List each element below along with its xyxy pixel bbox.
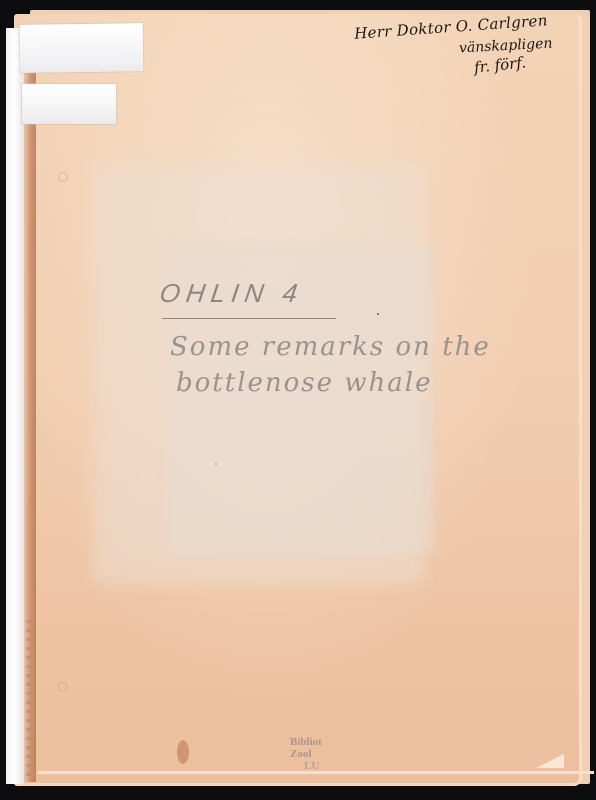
margin-mark — [58, 682, 68, 692]
margin-mark — [58, 172, 68, 182]
scanned-page: Herr Doktor O. Carlgren vänskapligen fr.… — [0, 0, 596, 800]
stain-mark — [177, 740, 189, 764]
paper-speck — [215, 463, 217, 465]
stamp-line-2: Zool — [290, 748, 322, 760]
title-line-1: Some remarks on the — [170, 332, 491, 362]
stamp-line-1: Bibliot — [290, 736, 322, 748]
title-line-2: bottlenose whale — [176, 368, 433, 398]
stamp-line-3: LU — [290, 760, 322, 772]
paper-speck — [377, 313, 379, 315]
shelfmark: OHLIN 4 — [158, 278, 306, 309]
spine-perforation — [26, 620, 32, 780]
tape-piece-lower — [22, 84, 116, 124]
corner-wear — [536, 754, 564, 768]
library-stamp: Bibliot Zool LU — [290, 736, 322, 772]
spine-binding — [6, 28, 25, 784]
shelfmark-underline — [162, 318, 336, 319]
tape-piece-top — [20, 23, 144, 73]
document-cover — [14, 14, 582, 786]
